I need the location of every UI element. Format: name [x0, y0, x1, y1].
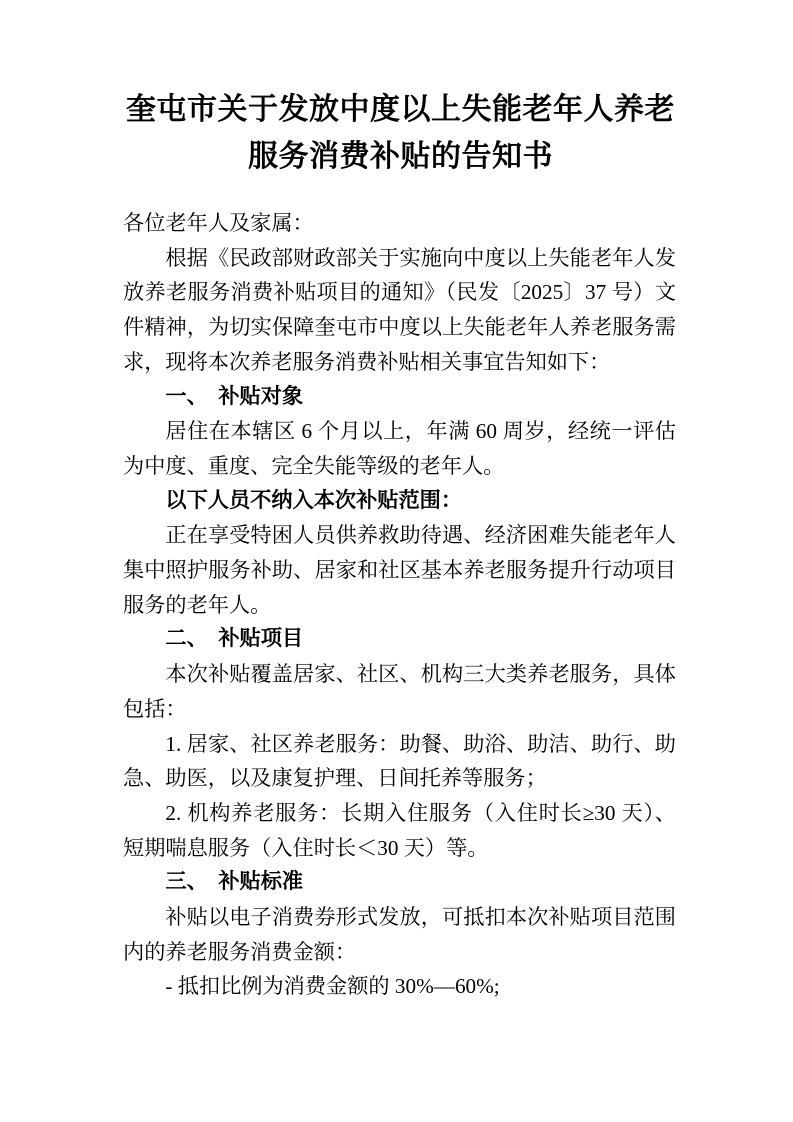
paragraph: 正在享受特困人员供养救助待遇、经济困难失能老年人集中照护服务补助、居家和社区基本…: [123, 518, 676, 622]
paragraph: - 抵扣比例为消费金额的 30%—60%;: [123, 969, 676, 1004]
document-page: 奎屯市关于发放中度以上失能老年人养老 服务消费补贴的告知书 各位老年人及家属：根…: [0, 0, 793, 1122]
section-heading: 三、 补贴标准: [123, 865, 676, 900]
document-body: 各位老年人及家属：根据《民政部财政部关于实施向中度以上失能老年人发放养老服务消费…: [0, 180, 793, 1004]
document-title-line1: 奎屯市关于发放中度以上失能老年人养老: [123, 86, 678, 133]
document-title: 奎屯市关于发放中度以上失能老年人养老 服务消费补贴的告知书: [0, 0, 793, 180]
section-heading: 一、 补贴对象: [123, 380, 676, 415]
paragraph: 1. 居家、社区养老服务：助餐、助浴、助洁、助行、助急、助医，以及康复护理、日间…: [123, 727, 676, 796]
document-title-line2: 服务消费补贴的告知书: [123, 133, 678, 180]
section-heading: 二、 补贴项目: [123, 622, 676, 657]
bold-note: 以下人员不纳入本次补贴范围：: [123, 484, 676, 519]
paragraph: 居住在本辖区 6 个月以上，年满 60 周岁，经统一评估为中度、重度、完全失能等…: [123, 414, 676, 483]
paragraph: 本次补贴覆盖居家、社区、机构三大类养老服务，具体包括：: [123, 657, 676, 726]
paragraph: 补贴以电子消费券形式发放，可抵扣本次补贴项目范围内的养老服务消费金额：: [123, 900, 676, 969]
paragraph: 2. 机构养老服务：长期入住服务（入住时长≥30 天）、短期喘息服务（入住时长＜…: [123, 796, 676, 865]
salutation: 各位老年人及家属：: [123, 206, 676, 241]
paragraph: 根据《民政部财政部关于实施向中度以上失能老年人发放养老服务消费补贴项目的通知》（…: [123, 241, 676, 380]
